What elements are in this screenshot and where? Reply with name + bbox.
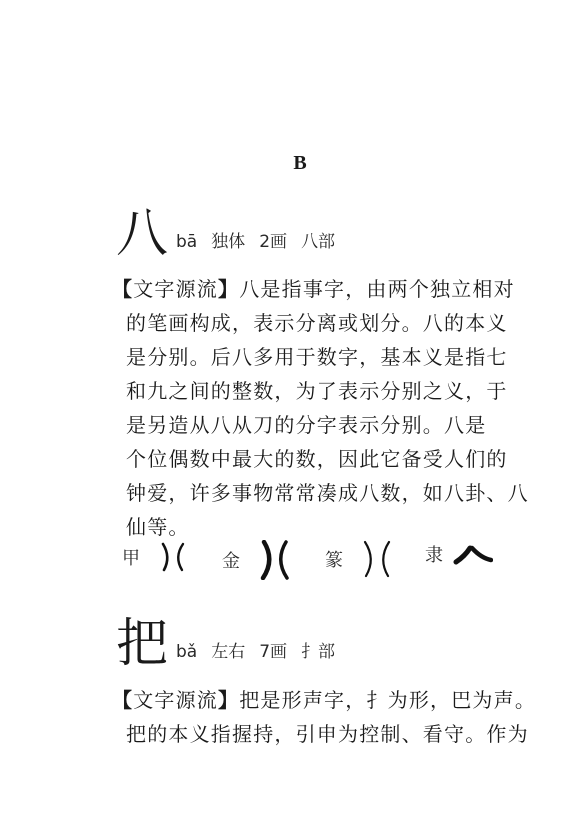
paragraph-line: 是分别。后八多用于数字，基本义是指七 [112,340,487,374]
tag-open: 【 [112,688,133,712]
paragraph-line: 个位偶数中最大的数，因此它备受人们的 [112,442,487,476]
clerical-ba-icon [453,540,493,568]
paragraph-line: 【文字源流】把是形声字，扌为形，巴为声。 [112,683,487,717]
line-text: 八是指事字，由两个独立相对 [239,277,515,301]
etymology-paragraph-ba3: 【文字源流】把是形声字，扌为形，巴为声。 把的本义指握持，引申为控制、看守。作为 [112,683,487,751]
script-label: 甲 [122,544,140,570]
script-form-clerical: 隶 [425,540,493,568]
line-text: 把是形声字，扌为形，巴为声。 [239,688,536,712]
stroke-count: 2画 [259,232,287,252]
etymology-paragraph-ba: 【文字源流】八是指事字，由两个独立相对 的笔画构成，表示分离或划分。八的本义 是… [112,272,487,544]
paragraph-line: 和九之间的整数，为了表示分别之义，于 [112,374,487,408]
paragraph-line: 钟爱，许多事物常常凑成八数，如八卦、八 [112,476,487,510]
script-label: 隶 [425,541,443,567]
tag-close: 】 [218,277,239,301]
pinyin: bā [176,232,197,252]
entry-header-ba3: 把 bǎ左右7画扌部 [116,610,349,670]
script-forms: 甲 金 篆 隶 [120,540,500,580]
script-form-oracle: 甲 [122,540,188,574]
headword-info: bǎ左右7画扌部 [176,637,349,670]
headword: 把 [116,618,168,670]
script-form-seal: 篆 [325,540,393,578]
paragraph-line: 的笔画构成，表示分离或划分。八的本义 [112,306,487,340]
pinyin: bǎ [176,642,197,662]
script-label: 金 [222,547,240,573]
paragraph-line: 仙等。 [112,510,487,544]
structure: 左右 [211,642,245,662]
headword: 八 [116,208,168,260]
tag-label: 文字源流 [133,277,218,301]
oracle-bone-ba-icon [158,540,188,574]
tag-close: 】 [218,688,239,712]
entry-header-ba: 八 bā独体2画八部 [116,200,349,260]
paragraph-line: 是另造从八从刀的分字表示分别。八是 [112,408,487,442]
stroke-count: 7画 [259,642,287,662]
headword-info: bā独体2画八部 [176,227,349,260]
seal-ba-icon [361,540,393,578]
tag-open: 【 [112,277,133,301]
paragraph-line: 【文字源流】八是指事字，由两个独立相对 [112,272,487,306]
paragraph-line: 把的本义指握持，引申为控制、看守。作为 [112,717,487,751]
tag-label: 文字源流 [133,688,218,712]
radical: 八部 [301,232,335,252]
bronze-ba-icon [258,540,292,580]
structure: 独体 [211,232,245,252]
script-label: 篆 [325,546,343,572]
script-form-bronze: 金 [222,540,292,580]
radical: 扌部 [301,642,335,662]
section-letter: B [0,152,587,175]
